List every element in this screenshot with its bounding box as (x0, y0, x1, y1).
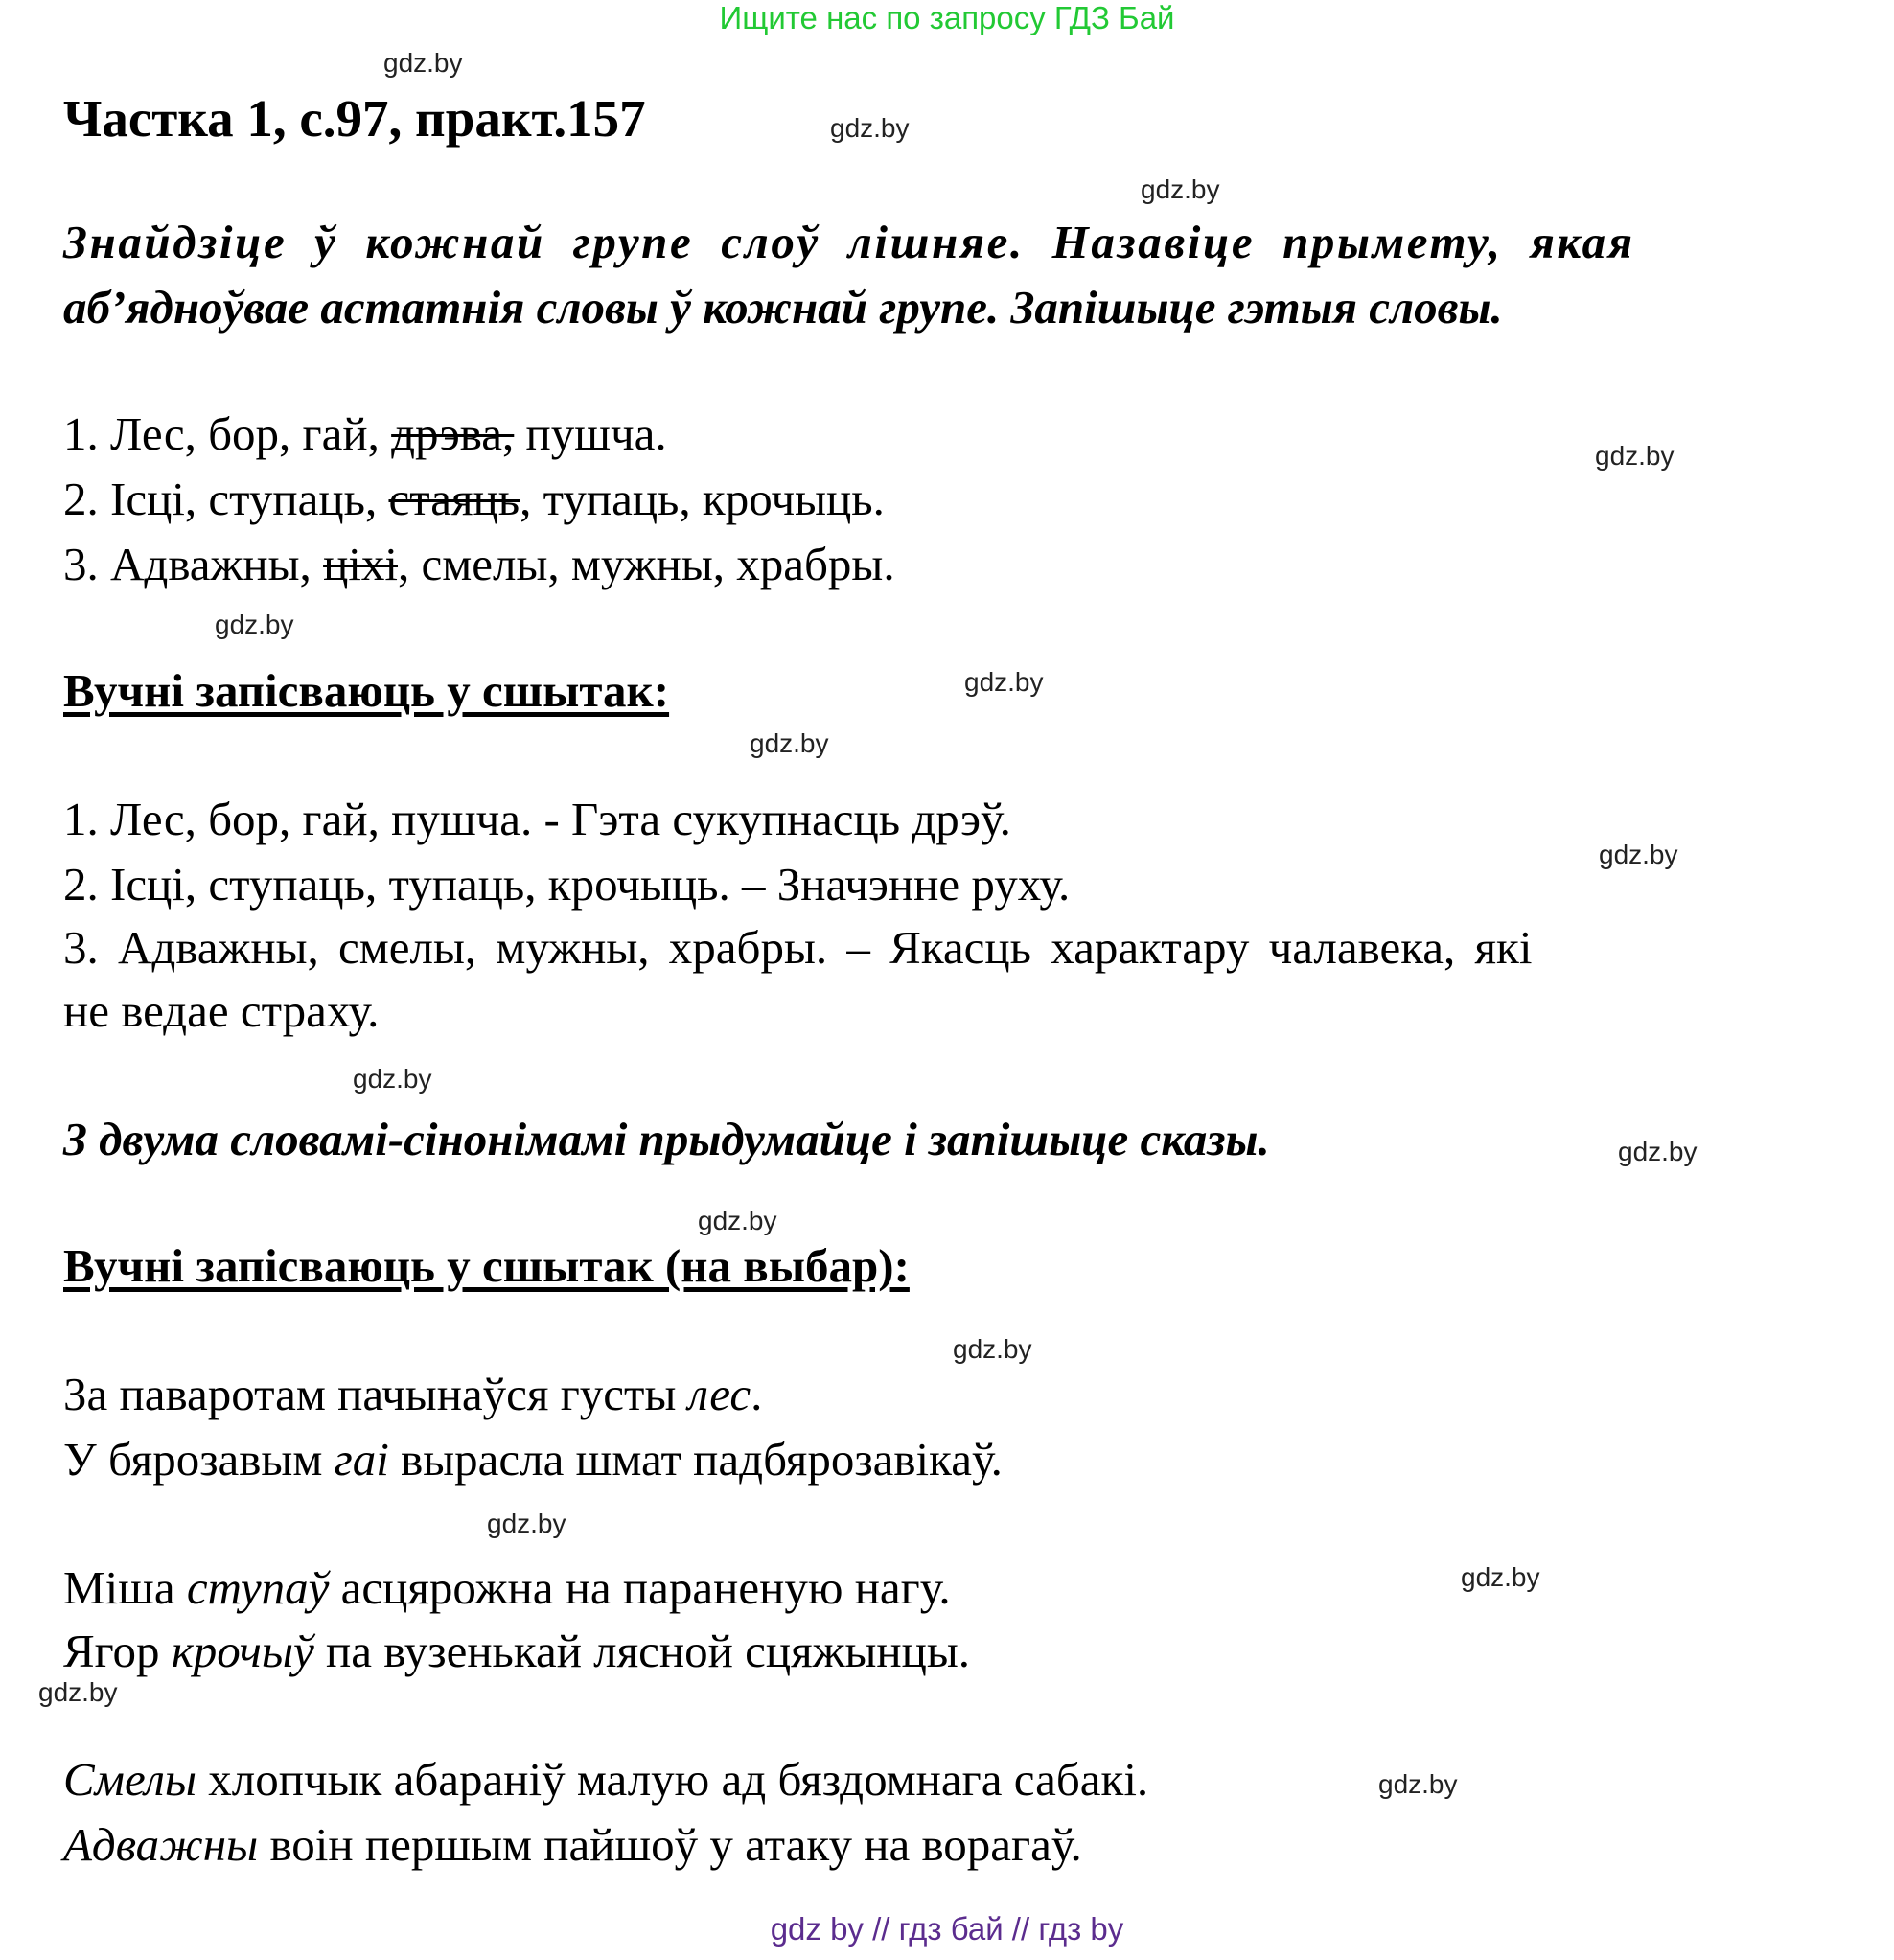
watermark: gdz.by (964, 667, 1044, 698)
section-heading: Вучні запісваюць у сшытак (на выбар): (63, 1238, 910, 1293)
watermark: gdz.by (698, 1206, 777, 1236)
sentence: За паваротам пачынаўся густы лес. (63, 1367, 762, 1421)
watermark: gdz.by (215, 610, 294, 640)
answer-line: 1. Лес, бор, гай, пушча. - Гэта сукупнас… (63, 792, 1011, 846)
struck-word: стаяць (388, 473, 520, 525)
sentence: Ягор крочыў па вузенькай лясной сцяжынцы… (63, 1624, 970, 1678)
task-instruction-line2: аб’ядноўвае астатнія словы ў кожнай груп… (63, 280, 1503, 334)
task-instruction-line1: Знайдзіце ў кожнай групе слоў лішняе. На… (63, 215, 1635, 269)
struck-word: ціхі (323, 538, 398, 590)
search-banner[interactable]: Ищите нас по запросу ГДЗ Бай (0, 0, 1894, 36)
section-heading: Вучні запісваюць у сшытак: (63, 663, 669, 718)
watermark: gdz.by (1618, 1137, 1698, 1167)
watermark: gdz.by (953, 1334, 1032, 1365)
sentence: Адважны воін першым пайшоў у атаку на во… (63, 1817, 1082, 1872)
sentence: Міша ступаў асцярожна на параненую нагу. (63, 1560, 951, 1615)
watermark: gdz.by (38, 1677, 118, 1708)
watermark: gdz.by (1595, 441, 1675, 472)
footer-links[interactable]: gdz by // гдз бай // гдз by (0, 1911, 1894, 1948)
answer-line: не ведае страху. (63, 983, 379, 1038)
sentence: Смелы хлопчык абараніў малую ад бяздомна… (63, 1752, 1148, 1807)
struck-word: дрэва, (391, 407, 514, 460)
watermark: gdz.by (1599, 840, 1678, 870)
word-group-2: 2. Ісці, ступаць, стаяць, тупаць, крочыц… (63, 472, 885, 526)
word-group-1: 1. Лес, бор, гай, дрэва, пушча. (63, 406, 667, 461)
watermark: gdz.by (1461, 1562, 1540, 1593)
watermark: gdz.by (830, 113, 910, 144)
watermark: gdz.by (750, 728, 829, 759)
sentence: У бярозавым гаі вырасла шмат падбярозаві… (63, 1432, 1003, 1487)
page-title: Частка 1, с.97, практ.157 (63, 88, 646, 149)
watermark: gdz.by (1378, 1769, 1458, 1800)
word-group-3: 3. Адважны, ціхі, смелы, мужны, храбры. (63, 537, 895, 591)
task-instruction-2: З двума словамі-сінонімамі прыдумайце і … (63, 1112, 1270, 1166)
answer-line: 3. Адважны, смелы, мужны, храбры. – Якас… (63, 920, 1532, 975)
watermark: gdz.by (353, 1064, 432, 1095)
watermark: gdz.by (487, 1509, 566, 1539)
watermark: gdz.by (383, 48, 463, 79)
watermark: gdz.by (1141, 174, 1220, 205)
answer-line: 2. Ісці, ступаць, тупаць, крочыць. – Зна… (63, 857, 1070, 911)
